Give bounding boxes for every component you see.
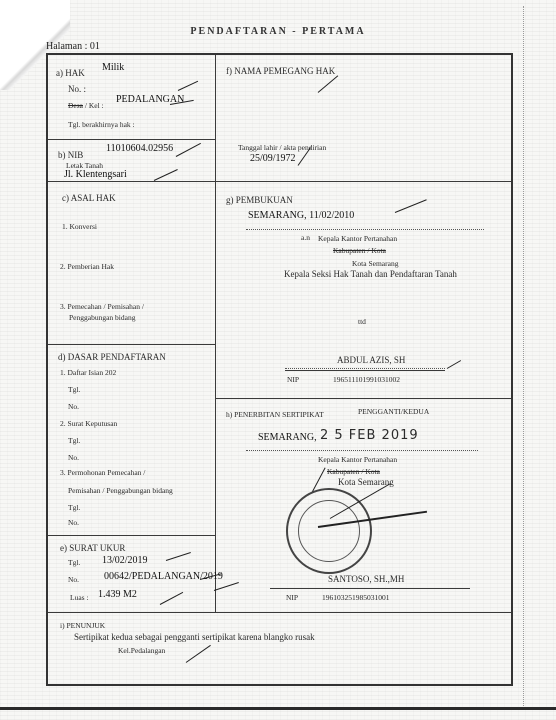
section-b-label: b) NIB [58,150,83,160]
scan-edge-line [523,6,524,706]
pembukuan-office-line-4: Kepala Seksi Hak Tanah dan Pendaftaran T… [284,269,457,279]
page-bottom-rule [0,707,556,710]
surat-ukur-tgl-label: Tgl. [68,558,80,567]
page-number-label: Halaman : 01 [46,41,100,52]
penerbitan-nip-value: 196103251985031001 [322,593,390,602]
seal-garuda-emblem-icon [298,500,360,562]
luas-value: 1.439 M2 [98,589,137,600]
asal-hak-item-2: 2. Pemberian Hak [60,262,114,271]
penerbitan-place: SEMARANG, [258,432,317,443]
divider-b-c [48,181,215,182]
signature-underline [270,588,470,589]
pembukuan-place-date: SEMARANG, 11/02/2010 [248,210,354,221]
signature-underline [285,370,445,371]
dotted-rule [246,229,484,230]
dasar-line-4: 2. Surat Keputusan [60,419,117,428]
asal-hak-item-3: 3. Pemecahan / Pemisahan / [60,302,144,311]
divider-g-h [215,398,511,399]
divider-a-b [48,139,215,140]
dasar-line-10: No. [68,518,79,527]
an-label: a.n [301,233,310,242]
section-f-label: f) NAMA PEMEGANG HAK [226,66,335,76]
section-h-label: h) PENERBITAN SERTIPIKAT [226,410,324,419]
dasar-line-1: 1. Daftar Isian 202 [60,368,116,377]
penunjuk-note: Sertipikat kedua sebagai pengganti serti… [74,632,315,642]
pembukuan-official-name: ABDUL AZIS, SH [337,355,405,365]
dasar-line-5: Tgl. [68,436,80,445]
divider-e-i [48,612,511,613]
dasar-line-9: Tgl. [68,503,80,512]
pembukuan-office-line-2: Kabupaten / Kota [333,246,386,255]
dasar-line-3: No. [68,402,79,411]
surat-ukur-tgl-value: 13/02/2019 [102,555,148,566]
divider-f-g [215,181,511,182]
section-g-label: g) PEMBUKUAN [226,195,293,205]
pembukuan-nip-label: NIP [287,375,299,384]
sertipikat-type: PENGGANTI/KEDUA [358,407,429,416]
hak-value: Milik [102,62,124,73]
asal-hak-item-1: 1. Konversi [62,222,97,231]
pembukuan-office-line-3: Kota Semarang [352,259,398,268]
document-page: PENDAFTARAN - PERTAMA Halaman : 01 a) HA… [0,0,556,720]
nib-value: 11010604.02956 [106,143,173,154]
document-title: PENDAFTARAN - PERTAMA [0,26,556,37]
penerbitan-official-name: SANTOSO, SH.,MH [328,574,404,584]
birth-date-label: Tanggal lahir / akta pendirian [238,143,326,152]
pembukuan-nip-value: 196511101991031002 [333,375,400,384]
no-label: No. : [68,84,86,94]
divider-c-d [48,344,215,345]
surat-ukur-no-label: No. [68,575,79,584]
dasar-line-8: Pemisahan / Penggabungan bidang [68,486,173,495]
section-i-label: i) PENUNJUK [60,621,105,630]
asal-hak-item-3-cont: Penggabungan bidang [69,313,135,322]
section-a-label: a) HAK [56,68,85,78]
signed-mark: ttd [358,317,366,326]
section-d-label: d) DASAR PENDAFTARAN [58,352,166,362]
section-c-label: c) ASAL HAK [62,193,116,203]
birth-date-value: 25/09/1972 [250,153,296,164]
letak-tanah-value: Jl. Klentengsari [64,169,127,180]
column-divider [215,55,216,613]
dasar-line-7: 3. Permohonan Pemecahan / [60,468,145,477]
luas-label: Luas : [70,593,89,602]
dasar-line-6: No. [68,453,79,462]
desa-label: Desa / Kel : [68,101,104,110]
pembukuan-office-line-1: Kepala Kantor Pertanahan [318,234,397,243]
dasar-line-2: Tgl. [68,385,80,394]
section-e-label: e) SURAT UKUR [60,543,125,553]
penunjuk-location: Kel.Pedalangan [118,646,165,655]
divider-d-e [48,535,215,536]
expiry-label: Tgl. berakhirnya hak : [68,120,135,129]
penerbitan-nip-label: NIP [286,593,298,602]
dotted-rule [246,450,478,451]
penerbitan-stamp-date: 2 5 FEB 2019 [320,428,419,443]
penerbitan-office-line-1: Kepala Kantor Pertanahan [318,455,397,464]
penerbitan-office-line-2: Kabupaten / Kota [327,467,380,476]
signature-rule [285,368,445,369]
